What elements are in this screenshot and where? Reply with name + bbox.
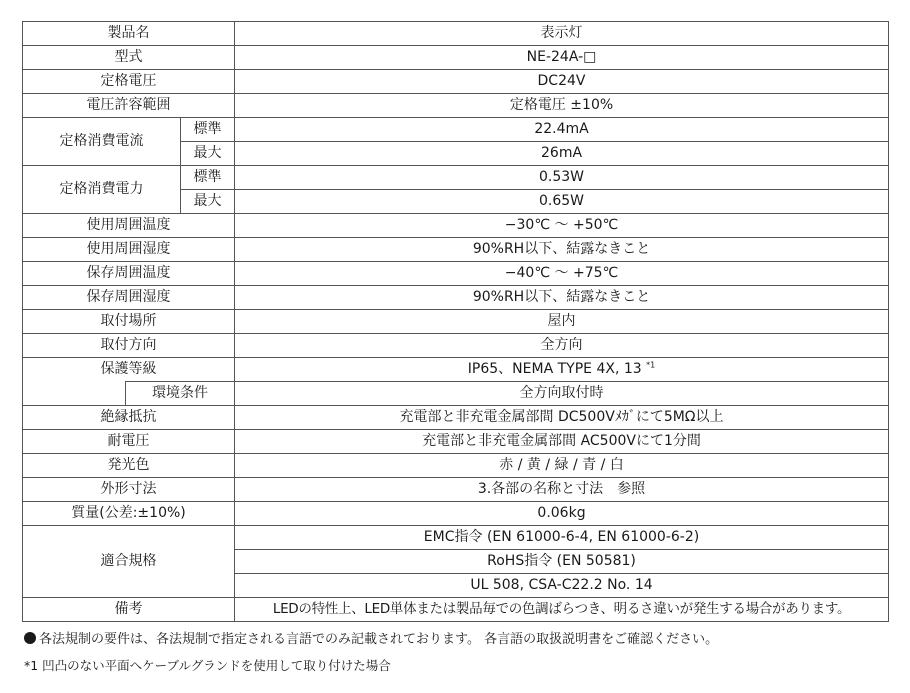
bullet-icon [24, 632, 36, 644]
table-row: 製品名 表示灯 [23, 22, 889, 46]
table-row: 取付方向 全方向 [23, 334, 889, 358]
sub-label: 最大 [181, 190, 235, 214]
row-value: NE-24A-□ [235, 46, 889, 70]
spec-table: 製品名 表示灯 型式 NE-24A-□ 定格電圧 DC24V 電圧許容範囲 定格… [22, 21, 889, 622]
row-value: 90%RH以下、結露なきこと [235, 238, 889, 262]
row-label: 取付方向 [23, 334, 235, 358]
row-value: 3.各部の名称と寸法 参照 [235, 478, 889, 502]
row-value: 赤 / 黄 / 緑 / 青 / 白 [235, 454, 889, 478]
table-row: 定格消費電力 標準 0.53W [23, 166, 889, 190]
table-row: 型式 NE-24A-□ [23, 46, 889, 70]
row-value: 90%RH以下、結露なきこと [235, 286, 889, 310]
indent-spacer [23, 382, 126, 406]
row-label: 保存周囲温度 [23, 262, 235, 286]
regulation-note-text: 各法規制の要件は、各法規制で指定される言語でのみ記載されております。 各言語の取… [39, 632, 718, 647]
table-row: 発光色 赤 / 黄 / 緑 / 青 / 白 [23, 454, 889, 478]
row-value: 0.06kg [235, 502, 889, 526]
table-row: 適合規格 EMC指令 (EN 61000-6-4, EN 61000-6-2) [23, 526, 889, 550]
row-label: 使用周囲湿度 [23, 238, 235, 262]
row-label: 外形寸法 [23, 478, 235, 502]
row-value: UL 508, CSA-C22.2 No. 14 [235, 574, 889, 598]
row-value: RoHS指令 (EN 50581) [235, 550, 889, 574]
row-value: EMC指令 (EN 61000-6-4, EN 61000-6-2) [235, 526, 889, 550]
row-value: −30℃ ～ +50℃ [235, 214, 889, 238]
row-value: 0.53W [235, 166, 889, 190]
row-value: −40℃ ～ +75℃ [235, 262, 889, 286]
row-value: 表示灯 [235, 22, 889, 46]
protection-class-value: IP65、NEMA TYPE 4X, 13 [468, 361, 642, 377]
row-label: 定格電圧 [23, 70, 235, 94]
table-row: 外形寸法 3.各部の名称と寸法 参照 [23, 478, 889, 502]
row-label: 環境条件 [126, 382, 235, 406]
row-value: 26mA [235, 142, 889, 166]
row-label: 定格消費電力 [23, 166, 181, 214]
table-row: 保存周囲湿度 90%RH以下、結露なきこと [23, 286, 889, 310]
row-value: 全方向取付時 [235, 382, 889, 406]
table-row: 備考 LEDの特性上、LED単体または製品毎での色調ばらつき、明るさ違いが発生す… [23, 598, 889, 622]
footnote-1: *1 凹凸のない平面へケーブルグランドを使用して取り付けた場合 [24, 656, 391, 674]
table-row: 絶縁抵抗 充電部と非充電金属部間 DC500Vﾒｶﾞにて5MΩ以上 [23, 406, 889, 430]
row-value: 屋内 [235, 310, 889, 334]
row-label: 定格消費電流 [23, 118, 181, 166]
row-value: 充電部と非充電金属部間 AC500Vにて1分間 [235, 430, 889, 454]
table-row: 使用周囲湿度 90%RH以下、結露なきこと [23, 238, 889, 262]
row-value: 0.65W [235, 190, 889, 214]
table-row: 使用周囲温度 −30℃ ～ +50℃ [23, 214, 889, 238]
table-row: 保存周囲温度 −40℃ ～ +75℃ [23, 262, 889, 286]
row-label: 適合規格 [23, 526, 235, 598]
table-row: 電圧許容範囲 定格電圧 ±10% [23, 94, 889, 118]
row-value: LEDの特性上、LED単体または製品毎での色調ばらつき、明るさ違いが発生する場合… [235, 598, 889, 622]
row-label: 電圧許容範囲 [23, 94, 235, 118]
row-label: 使用周囲温度 [23, 214, 235, 238]
row-value: 全方向 [235, 334, 889, 358]
row-value: 22.4mA [235, 118, 889, 142]
regulation-note: 各法規制の要件は、各法規制で指定される言語でのみ記載されております。 各言語の取… [24, 628, 718, 647]
table-row: 質量(公差:±10%) 0.06kg [23, 502, 889, 526]
sub-label: 標準 [181, 118, 235, 142]
row-label: 耐電圧 [23, 430, 235, 454]
row-label: 取付場所 [23, 310, 235, 334]
row-label: 型式 [23, 46, 235, 70]
table-row: 保護等級 IP65、NEMA TYPE 4X, 13 *1 [23, 358, 889, 382]
table-row: 環境条件 全方向取付時 [23, 382, 889, 406]
row-label: 製品名 [23, 22, 235, 46]
row-value: 定格電圧 ±10% [235, 94, 889, 118]
row-value: IP65、NEMA TYPE 4X, 13 *1 [235, 358, 889, 382]
sub-label: 標準 [181, 166, 235, 190]
row-label: 絶縁抵抗 [23, 406, 235, 430]
table-row: 定格消費電流 標準 22.4mA [23, 118, 889, 142]
footnote-mark: *1 [646, 360, 655, 369]
table-row: 耐電圧 充電部と非充電金属部間 AC500Vにて1分間 [23, 430, 889, 454]
row-label: 質量(公差:±10%) [23, 502, 235, 526]
row-value: 充電部と非充電金属部間 DC500Vﾒｶﾞにて5MΩ以上 [235, 406, 889, 430]
sub-label: 最大 [181, 142, 235, 166]
row-value: DC24V [235, 70, 889, 94]
table-row: 取付場所 屋内 [23, 310, 889, 334]
row-label: 保護等級 [23, 358, 235, 382]
row-label: 備考 [23, 598, 235, 622]
table-row: 定格電圧 DC24V [23, 70, 889, 94]
row-label: 発光色 [23, 454, 235, 478]
row-label: 保存周囲湿度 [23, 286, 235, 310]
